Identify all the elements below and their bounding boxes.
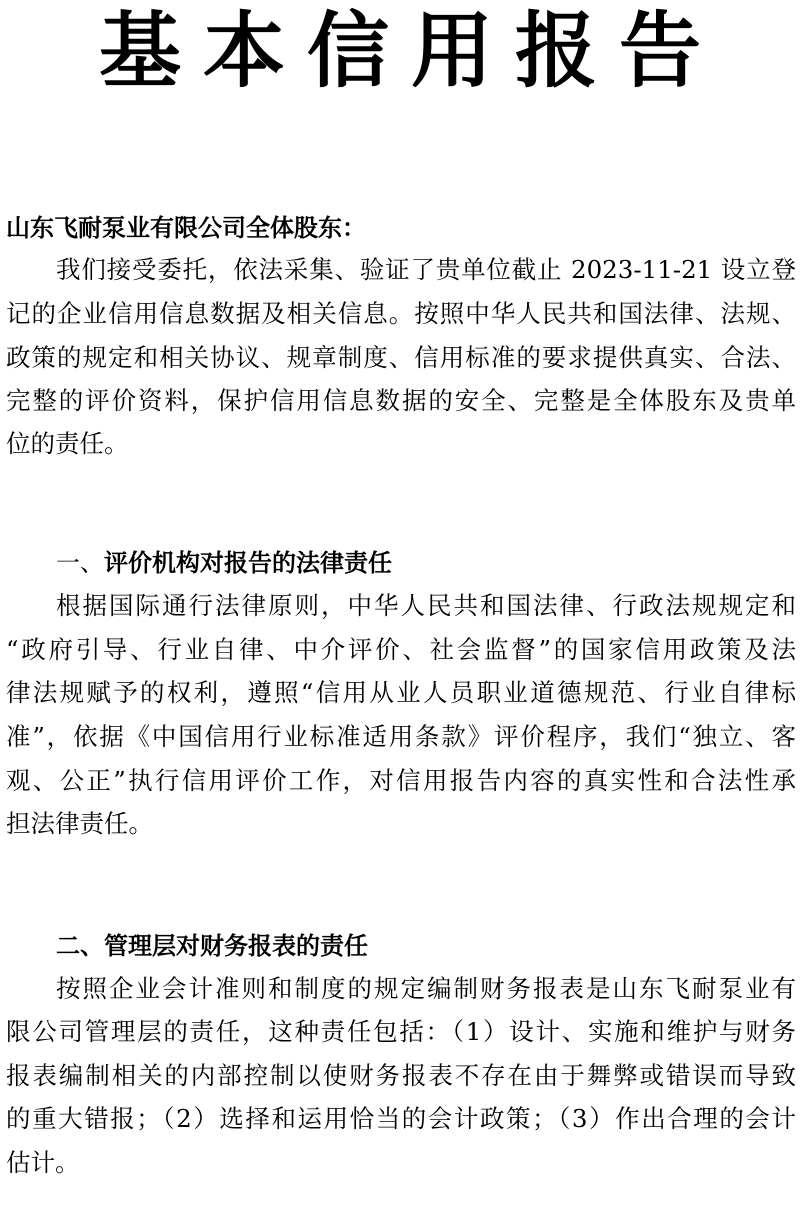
section-line: 估计。 bbox=[6, 1147, 796, 1179]
intro-line: 位的责任。 bbox=[6, 428, 796, 460]
section-line: 准”，依据《中国信用行业标准适用条款》评价程序，我们“独立、客 bbox=[6, 721, 796, 753]
section-heading: 二、管理层对财务报表的责任 bbox=[56, 930, 368, 962]
section-title: 评价机构对报告的法律责任 bbox=[104, 549, 392, 577]
report-title: 基本信用报告 bbox=[0, 2, 800, 102]
section-line: 观、公正”执行信用评价工作，对信用报告内容的真实性和合法性承 bbox=[6, 765, 796, 797]
section-line: “政府引导、行业自律、中介评价、社会监督”的国家信用政策及法 bbox=[6, 634, 796, 666]
section-title: 管理层对财务报表的责任 bbox=[104, 932, 368, 960]
intro-line: 我们接受委托，依法采集、验证了贵单位截止 2023-11-21 设立登 bbox=[56, 254, 796, 286]
section-line: 的重大错报；（2）选择和运用恰当的会计政策；（3）作出合理的会计 bbox=[6, 1103, 796, 1135]
section-line: 律法规赋予的权利，遵照“信用从业人员职业道德规范、行业自律标 bbox=[6, 677, 796, 709]
section-heading: 一、评价机构对报告的法律责任 bbox=[56, 547, 392, 579]
intro-line: 政策的规定和相关协议、规章制度、信用标准的要求提供真实、合法、 bbox=[6, 342, 796, 374]
intro-line: 记的企业信用信息数据及相关信息。按照中华人民共和国法律、法规、 bbox=[6, 298, 796, 330]
section-line: 担法律责任。 bbox=[6, 808, 796, 840]
section-line: 报表编制相关的内部控制以使财务报表不存在由于舞弊或错误而导致 bbox=[6, 1060, 796, 1092]
section-line: 限公司管理层的责任，这种责任包括：（1）设计、实施和维护与财务 bbox=[6, 1016, 796, 1048]
salutation: 山东飞耐泵业有限公司全体股东： bbox=[6, 212, 366, 244]
section-line: 根据国际通行法律原则，中华人民共和国法律、行政法规规定和 bbox=[56, 590, 796, 622]
intro-line: 完整的评价资料，保护信用信息数据的安全、完整是全体股东及贵单 bbox=[6, 385, 796, 417]
section-prefix: 一、 bbox=[56, 549, 104, 577]
section-prefix: 二、 bbox=[56, 932, 104, 960]
section-line: 按照企业会计准则和制度的规定编制财务报表是山东飞耐泵业有 bbox=[56, 973, 796, 1005]
